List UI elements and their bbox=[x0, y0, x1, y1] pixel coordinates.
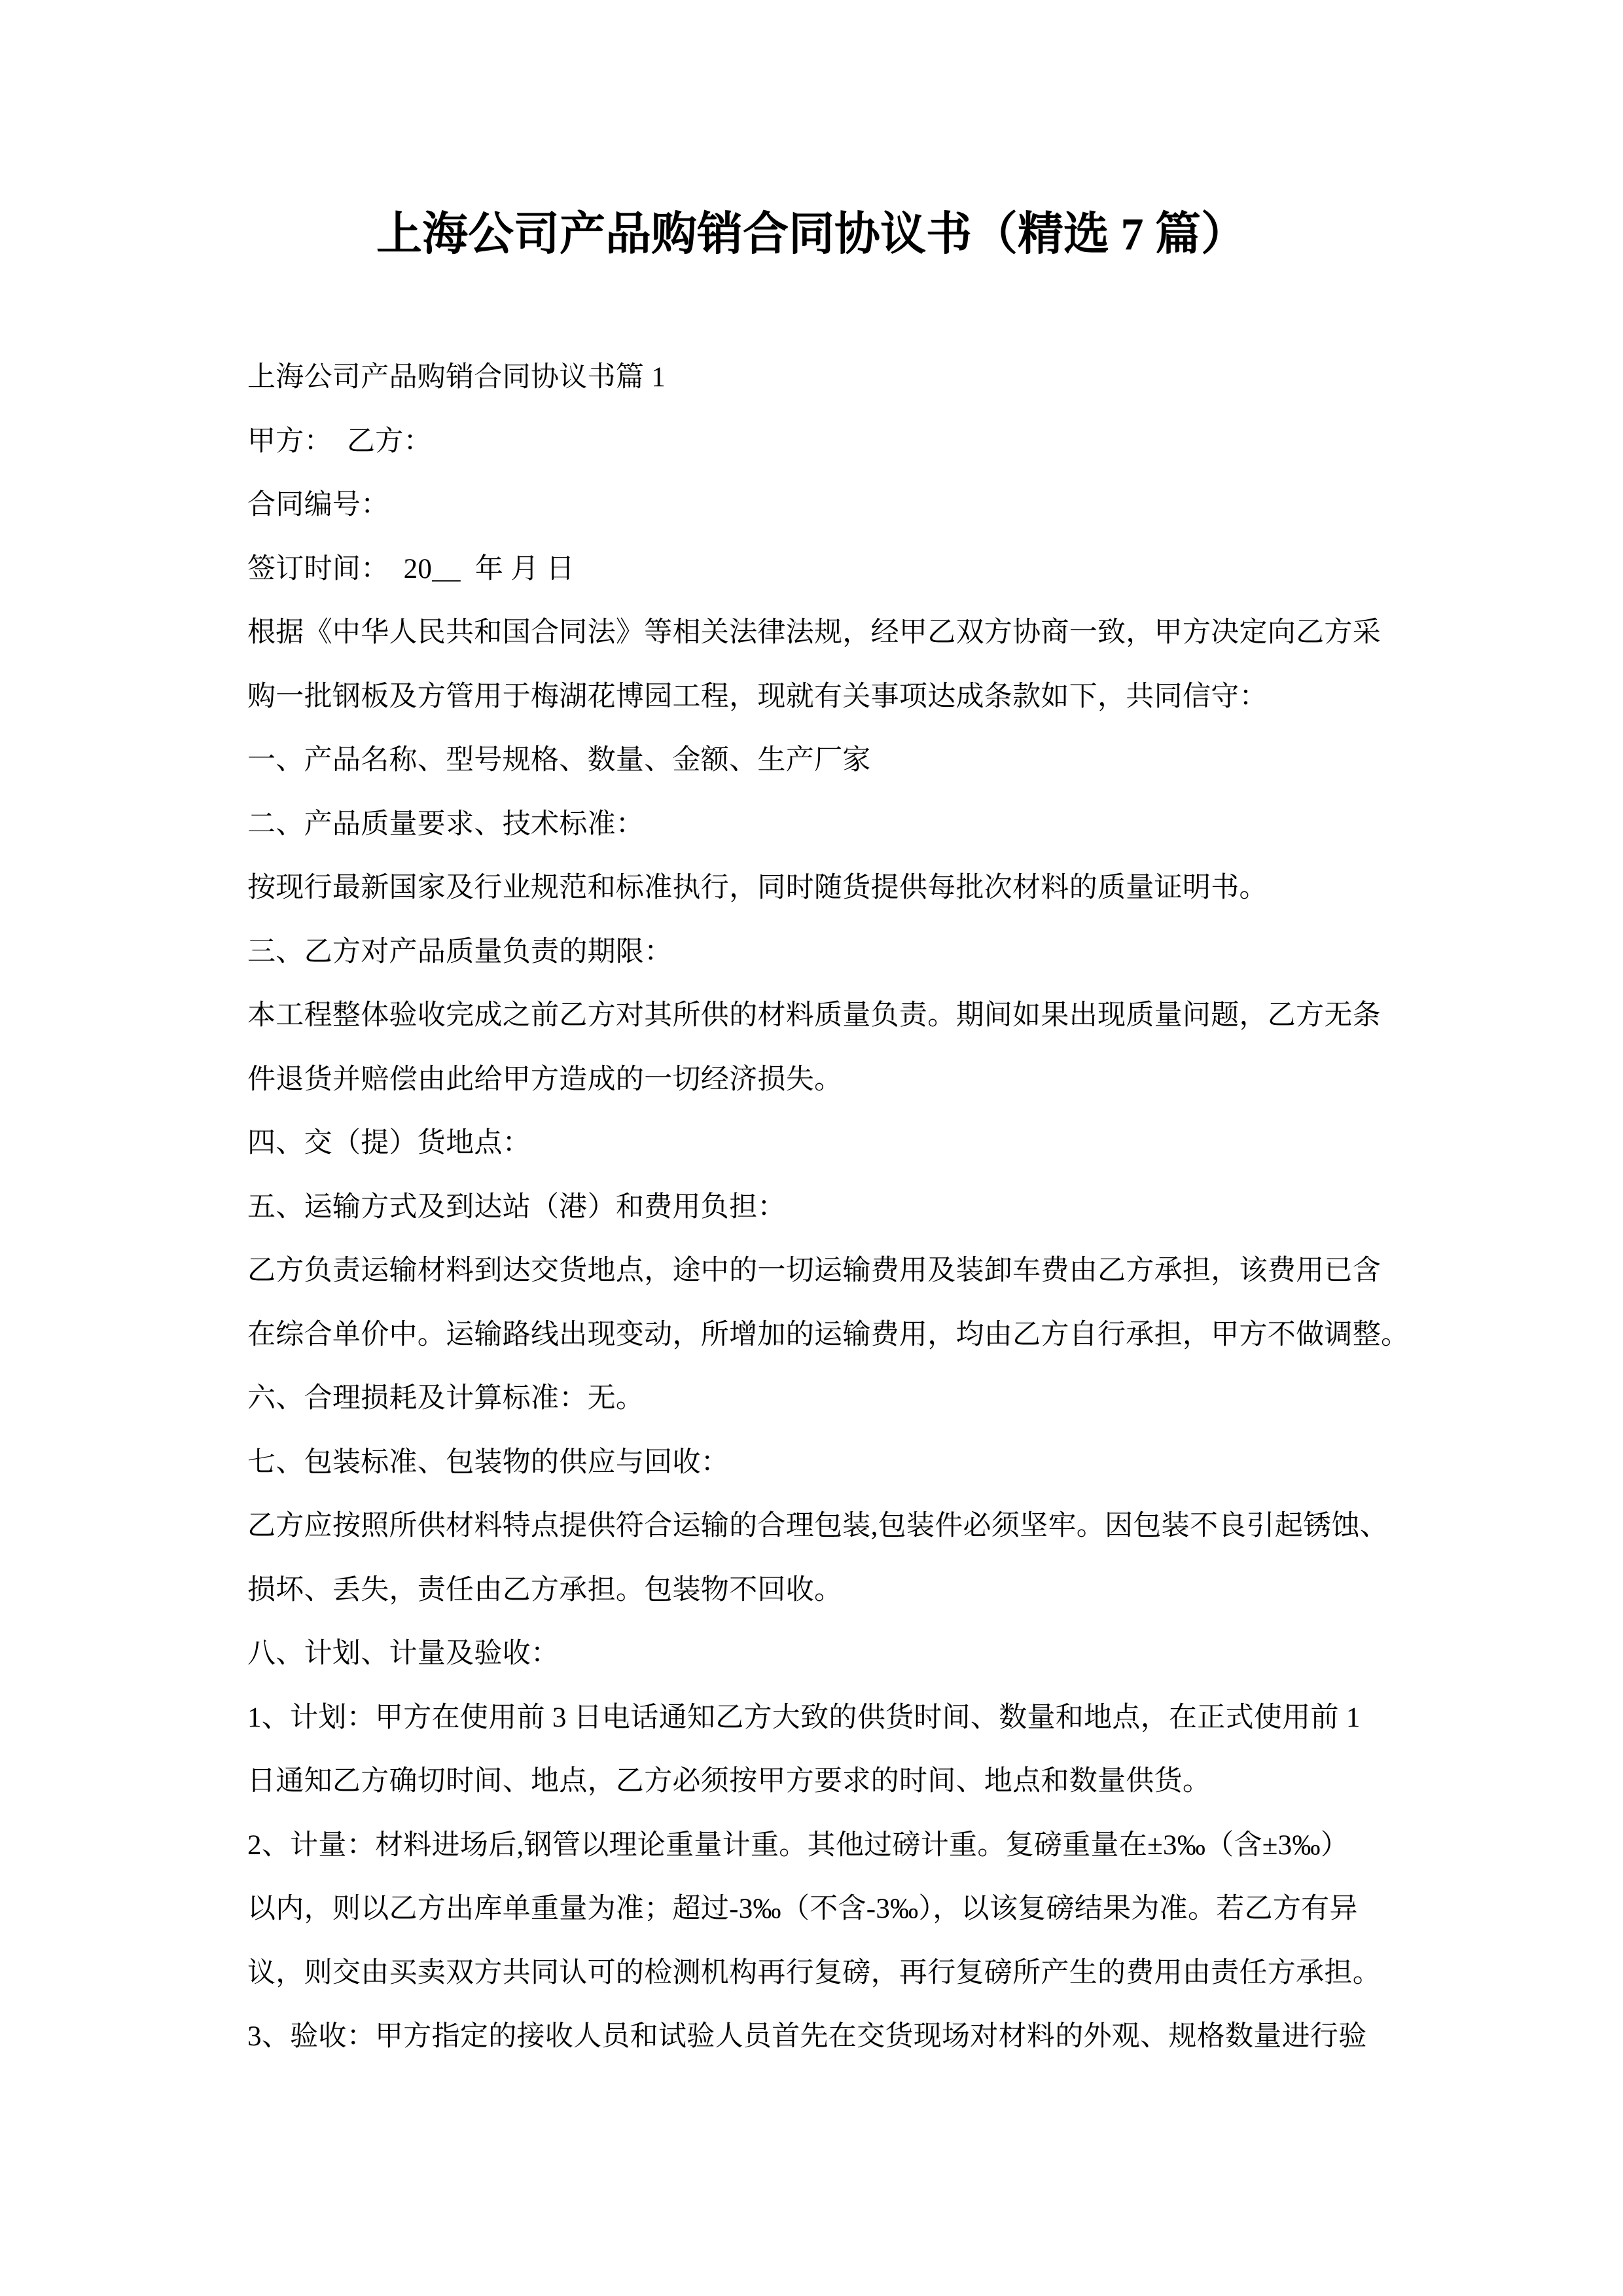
document-line: 在综合单价中。运输路线出现变动，所增加的运输费用，均由乙方自行承担，甲方不做调整… bbox=[247, 1303, 1419, 1367]
document-line: 按现行最新国家及行业规范和标准执行，同时随货提供每批次材料的质量证明书。 bbox=[247, 856, 1419, 920]
document-line: 根据《中华人民共和国合同法》等相关法律法规，经甲乙双方协商一致，甲方决定向乙方采 bbox=[247, 601, 1419, 665]
document-line: 乙方负责运输材料到达交货地点，途中的一切运输费用及装卸车费由乙方承担，该费用已含 bbox=[247, 1239, 1419, 1303]
document-line: 四、交（提）货地点： bbox=[247, 1111, 1419, 1175]
document-line: 甲方： 乙方： bbox=[247, 410, 1419, 474]
document-line: 签订时间： 20__ 年 月 日 bbox=[247, 537, 1419, 601]
document-line: 日通知乙方确切时间、地点，乙方必须按甲方要求的时间、地点和数量供货。 bbox=[247, 1749, 1419, 1814]
document-line: 上海公司产品购销合同协议书篇 1 bbox=[247, 346, 1419, 410]
document-line: 1、计划：甲方在使用前 3 日电话通知乙方大致的供货时间、数量和地点，在正式使用… bbox=[247, 1686, 1419, 1750]
document-line: 件退货并赔偿由此给甲方造成的一切经济损失。 bbox=[247, 1048, 1419, 1112]
document-line: 七、包装标准、包装物的供应与回收： bbox=[247, 1431, 1419, 1495]
document-page: 上海公司产品购销合同协议书（精选 7 篇） 上海公司产品购销合同协议书篇 1甲方… bbox=[0, 0, 1623, 2296]
document-line: 合同编号： bbox=[247, 473, 1419, 537]
document-line: 六、合理损耗及计算标准：无。 bbox=[247, 1367, 1419, 1431]
document-line: 3、验收：甲方指定的接收人员和试验人员首先在交货现场对材料的外观、规格数量进行验 bbox=[247, 2005, 1419, 2069]
document-line: 五、运输方式及到达站（港）和费用负担： bbox=[247, 1175, 1419, 1240]
document-title: 上海公司产品购销合同协议书（精选 7 篇） bbox=[0, 212, 1623, 258]
document-line: 本工程整体验收完成之前乙方对其所供的材料质量负责。期间如果出现质量问题，乙方无条 bbox=[247, 984, 1419, 1048]
document-body: 上海公司产品购销合同协议书篇 1甲方： 乙方：合同编号：签订时间： 20__ 年… bbox=[247, 346, 1419, 2069]
document-line: 乙方应按照所供材料特点提供符合运输的合理包装,包装件必须坚牢。因包装不良引起锈蚀… bbox=[247, 1494, 1419, 1558]
document-line: 二、产品质量要求、技术标准： bbox=[247, 793, 1419, 857]
document-line: 八、计划、计量及验收： bbox=[247, 1622, 1419, 1686]
document-line: 一、产品名称、型号规格、数量、金额、生产厂家 bbox=[247, 728, 1419, 793]
document-line: 三、乙方对产品质量负责的期限： bbox=[247, 920, 1419, 984]
document-line: 以内，则以乙方出库单重量为准；超过-3‰（不含-3‰），以该复磅结果为准。若乙方… bbox=[247, 1877, 1419, 1941]
document-line: 2、计量：材料进场后,钢管以理论重量计重。其他过磅计重。复磅重量在±3‰（含±3… bbox=[247, 1814, 1419, 1878]
document-line: 议，则交由买卖双方共同认可的检测机构再行复磅，再行复磅所产生的费用由责任方承担。 bbox=[247, 1941, 1419, 2005]
document-line: 购一批钢板及方管用于梅湖花博园工程，现就有关事项达成条款如下，共同信守： bbox=[247, 665, 1419, 729]
document-line: 损坏、丢失，责任由乙方承担。包装物不回收。 bbox=[247, 1558, 1419, 1623]
